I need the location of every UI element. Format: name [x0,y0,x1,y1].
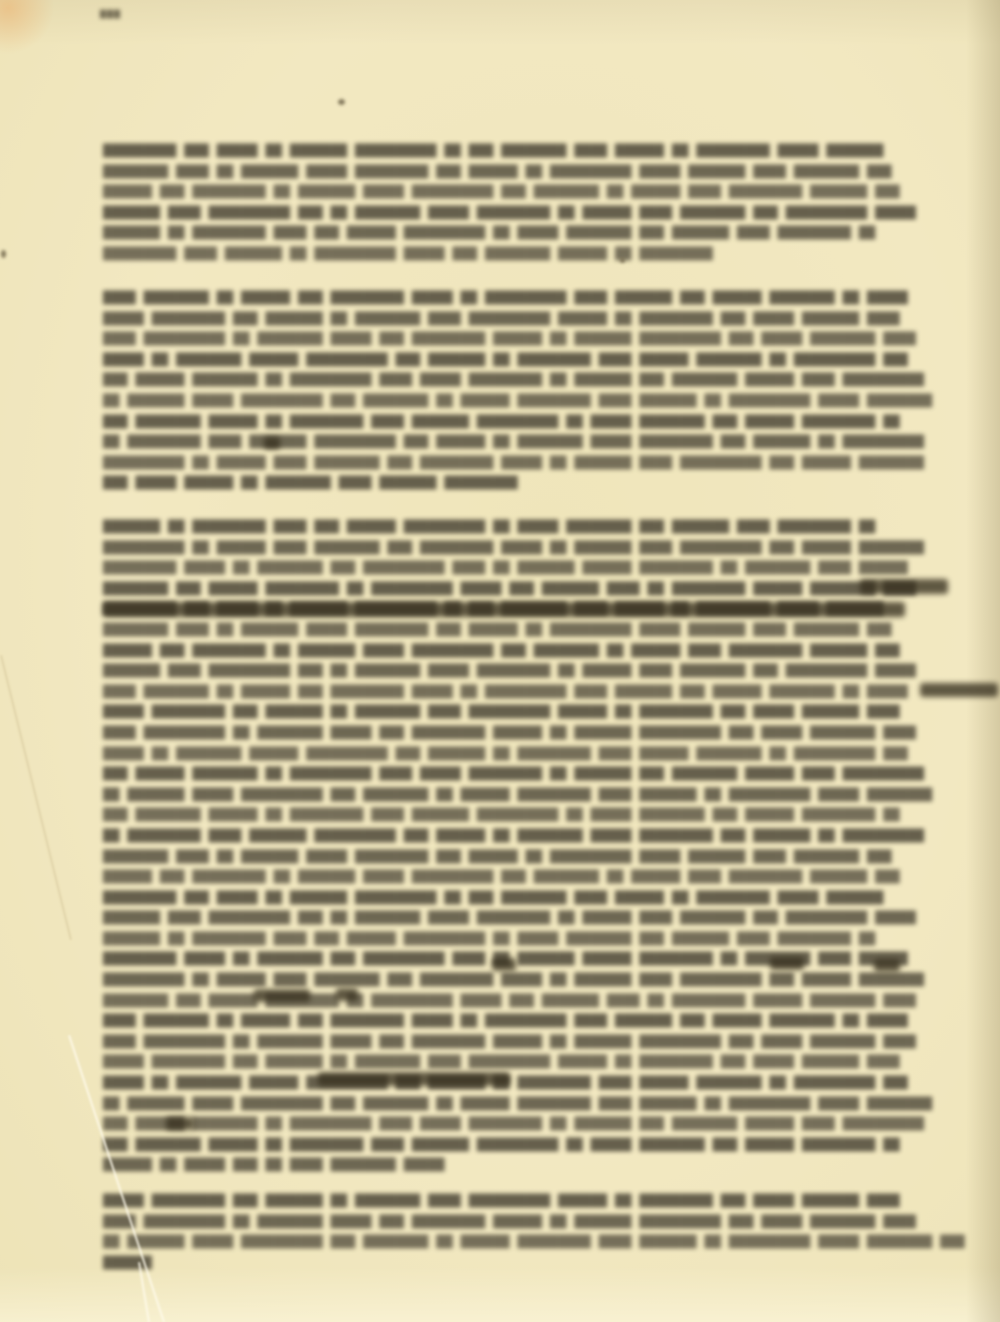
text-line: ▇▇▇ ▇▇▇▇▇▇ ▇▇▇▇▇▇▇▇ ▇▇ ▇▇▇▇▇▇▇▇▇▇ ▇▇▇▇ ▇… [103,1113,932,1134]
text-line: ▇▇▇▇▇▇▇ ▇▇ ▇▇▇▇▇▇▇▇▇ ▇▇▇▇ ▇▇▇ ▇▇▇▇▇▇ ▇▇▇… [103,928,932,949]
text-line: ▇▇ ▇▇▇▇▇▇▇ ▇▇▇▇▇ ▇▇▇▇▇▇▇▇▇▇ ▇▇▇ ▇▇▇▇▇▇▇▇… [103,784,932,805]
text-line: ▇▇▇▇▇ ▇▇▇▇▇▇▇▇▇ ▇▇▇ ▇▇▇▇▇▇▇ ▇▇ ▇▇▇▇▇▇▇▇ … [103,701,932,722]
text-line: ▇▇▇▇▇▇▇▇▇ ▇▇▇▇▇ ▇▇ ▇▇▇▇▇▇▇▇ ▇▇▇ ▇▇▇▇▇▇▇▇… [103,557,932,578]
text-line: ▇▇▇▇ ▇▇▇▇▇▇▇▇ ▇▇ ▇▇▇▇▇▇ ▇▇▇ ▇▇▇▇▇▇▇▇▇ ▇▇… [103,681,932,702]
text-line: ▇▇▇▇▇▇▇▇ ▇▇▇▇ ▇▇ ▇▇▇▇▇▇▇ ▇▇▇▇▇ ▇▇▇▇▇▇▇▇▇… [103,846,932,867]
text-line: ▇▇▇▇▇▇▇ ▇▇ ▇▇▇▇▇▇▇▇▇ ▇▇▇▇ ▇▇▇ ▇▇▇▇▇▇ ▇▇▇… [103,222,916,243]
text-line: ▇▇▇▇▇▇▇▇▇ ▇▇▇▇ ▇▇▇▇▇▇▇ ▇▇ ▇▇▇▇▇▇▇▇▇▇ ▇▇▇… [103,243,916,264]
overstruck-ink-mark [103,602,905,617]
text-line: ▇▇▇▇▇▇▇▇▇ ▇▇▇ ▇▇▇▇▇ ▇▇ ▇▇▇▇▇▇▇ ▇▇▇▇▇▇▇▇▇… [103,887,932,908]
ink-speck [620,258,625,263]
text-line: ▇▇▇▇▇ ▇▇▇▇▇▇▇▇▇ ▇▇▇ ▇▇▇▇▇▇▇ ▇▇ ▇▇▇▇▇▇▇▇ … [103,1051,932,1072]
text-line: ▇▇▇▇ ▇▇▇▇▇▇▇▇ ▇▇ ▇▇▇▇▇▇ ▇▇▇ ▇▇▇▇▇▇▇▇▇ ▇▇… [103,287,932,308]
text-line: ▇▇ ▇▇▇▇▇▇▇▇▇ ▇▇▇▇ ▇▇▇▇▇▇▇ ▇▇▇▇▇▇▇▇▇▇ ▇▇▇… [103,431,932,452]
text-line: ▇▇▇▇▇▇▇▇▇ ▇▇▇ ▇▇▇▇▇ ▇▇ ▇▇▇▇▇▇▇ ▇▇▇▇▇▇▇▇▇… [103,140,916,161]
text-line: ▇▇▇▇▇▇ ▇▇▇ ▇▇▇▇▇▇▇▇▇ ▇▇ ▇▇▇▇▇▇▇ ▇▇▇▇▇ ▇▇… [103,181,916,202]
overstruck-ink-mark [874,959,900,972]
text-line: ▇▇ ▇▇▇▇▇▇▇ ▇▇▇▇▇ ▇▇▇▇▇▇▇▇▇▇ ▇▇▇ ▇▇▇▇▇▇▇▇… [103,1231,965,1252]
text-line: ▇▇▇▇▇▇ [103,1252,965,1273]
text-line: ▇▇▇▇▇▇ ▇▇▇ ▇▇▇▇▇▇▇▇▇ ▇▇ ▇▇▇▇▇▇▇ ▇▇▇▇▇ ▇▇… [103,866,932,887]
text-line: ▇▇▇▇▇▇▇▇▇ ▇▇▇▇▇ ▇▇ ▇▇▇▇▇▇▇▇ ▇▇▇ ▇▇▇▇▇▇▇▇… [103,948,932,969]
text-line: ▇▇▇▇▇ ▇▇ ▇▇▇▇▇▇▇▇ ▇▇▇▇▇▇ ▇▇▇▇▇▇▇▇▇▇ ▇▇▇ … [103,743,932,764]
text-line: ▇▇ ▇▇▇▇▇▇▇▇▇ ▇▇▇▇ ▇▇▇▇▇▇▇ ▇▇▇▇▇▇▇▇▇▇ ▇▇▇… [103,825,932,846]
text-line: ▇▇▇ ▇▇▇▇▇▇▇▇ ▇▇▇▇▇▇ ▇▇ ▇▇▇▇▇▇▇▇▇ ▇▇▇▇ ▇▇… [103,411,932,432]
text-line: ▇▇▇ ▇▇▇▇▇▇▇▇ ▇▇▇▇▇▇ ▇▇ ▇▇▇▇▇▇▇▇▇ ▇▇▇▇ ▇▇… [103,804,932,825]
paragraph-4: ▇▇▇▇▇ ▇▇▇▇▇▇▇▇▇ ▇▇▇ ▇▇▇▇▇▇▇ ▇▇ ▇▇▇▇▇▇▇▇ … [103,1190,965,1272]
text-line: ▇▇▇▇ ▇▇▇▇▇▇▇▇▇▇ ▇▇ ▇▇▇▇▇▇▇▇ ▇▇▇▇▇ ▇▇▇ ▇▇… [103,1211,965,1232]
overstruck-ink-mark [920,683,998,697]
overstruck-ink-mark [336,988,358,1001]
text-line: ▇▇▇▇▇▇▇▇▇▇ ▇▇ ▇▇▇▇▇▇ ▇▇▇▇ ▇▇▇▇▇▇▇▇ ▇▇▇ ▇… [103,969,932,990]
text-line: ▇▇▇ ▇▇▇▇▇ ▇▇▇▇▇▇ ▇▇ ▇▇▇▇▇▇▇▇ ▇▇▇▇ ▇▇▇▇▇▇… [103,472,932,493]
overstruck-ink-mark [166,1117,194,1130]
text-line: ▇▇▇ ▇▇▇▇▇▇ ▇▇▇▇▇▇▇▇ ▇▇ ▇▇▇▇▇▇▇▇▇▇ ▇▇▇▇ ▇… [103,763,932,784]
paper-crease [0,655,72,940]
text-line: ▇▇▇ ▇▇▇▇▇▇ ▇▇▇▇▇▇▇▇ ▇▇ ▇▇▇▇▇▇▇▇▇▇ ▇▇▇▇ ▇… [103,369,932,390]
text-line: ▇▇▇▇▇▇▇ ▇▇▇▇ ▇▇▇▇▇▇▇▇▇▇ ▇▇▇ ▇▇ ▇▇▇▇▇▇▇▇ … [103,202,916,223]
text-line: ▇▇▇▇▇▇ ▇▇ ▇▇▇▇▇ ▇▇▇ ▇▇ ▇▇▇▇ ▇▇▇▇▇▇▇▇ ▇▇▇… [103,1154,932,1175]
text-line: ▇▇ ▇▇▇▇▇▇▇ ▇▇▇▇▇ ▇▇▇▇▇▇▇▇▇▇ ▇▇▇ ▇▇▇▇▇▇▇▇… [103,1093,932,1114]
text-line: ▇▇▇▇▇ ▇▇▇▇▇▇▇▇▇ ▇▇▇ ▇▇▇▇▇▇▇ ▇▇ ▇▇▇▇▇▇▇▇ … [103,1190,965,1211]
paragraph-2: ▇▇▇▇ ▇▇▇▇▇▇▇▇ ▇▇ ▇▇▇▇▇▇ ▇▇▇ ▇▇▇▇▇▇▇▇▇ ▇▇… [103,287,932,493]
page-number-blob: ▆▆▆ [100,8,121,19]
scanned-document-page: ▆▆▆ ▇▇▇▇▇▇▇▇▇ ▇▇▇ ▇▇▇▇▇ ▇▇ ▇▇▇▇▇▇▇ ▇▇▇▇▇… [0,0,1000,1322]
text-line: ▇▇▇▇▇▇▇▇ ▇▇▇ ▇▇▇▇▇▇ ▇▇▇▇▇▇▇▇▇ ▇▇ ▇▇▇▇▇▇▇… [103,990,932,1011]
overstruck-ink-mark [770,957,804,970]
text-line: ▇▇▇▇▇▇▇ ▇▇ ▇▇▇▇▇▇▇▇▇ ▇▇▇▇ ▇▇▇ ▇▇▇▇▇▇ ▇▇▇… [103,516,932,537]
text-line: ▇▇▇▇▇▇▇▇ ▇▇▇▇ ▇▇ ▇▇▇▇▇▇▇ ▇▇▇▇▇ ▇▇▇▇▇▇▇▇▇… [103,619,932,640]
text-line: ▇▇▇▇▇ ▇▇ ▇▇▇▇▇▇▇▇ ▇▇▇▇▇▇ ▇▇▇▇▇▇▇▇▇▇ ▇▇▇ … [103,349,932,370]
text-line: ▇▇▇▇▇▇▇ ▇▇▇▇ ▇▇▇▇▇▇▇▇▇▇ ▇▇▇ ▇▇ ▇▇▇▇▇▇▇▇ … [103,907,932,928]
text-line: ▇▇▇▇ ▇▇▇▇▇▇▇▇ ▇▇ ▇▇▇▇▇▇ ▇▇▇ ▇▇▇▇▇▇▇▇▇ ▇▇… [103,1010,932,1031]
text-line: ▇▇▇▇ ▇▇▇▇▇▇▇▇▇▇ ▇▇ ▇▇▇▇▇▇▇▇ ▇▇▇▇▇ ▇▇▇ ▇▇… [103,1031,932,1052]
text-line: ▇▇▇▇▇▇▇▇▇▇ ▇▇ ▇▇▇▇▇▇ ▇▇▇▇ ▇▇▇▇▇▇▇▇ ▇▇▇ ▇… [103,537,932,558]
text-line: ▇▇▇▇▇▇ ▇▇▇ ▇▇▇▇▇▇▇▇▇ ▇▇ ▇▇▇▇▇▇▇ ▇▇▇▇▇ ▇▇… [103,640,932,661]
text-line: ▇▇▇▇▇ ▇▇ ▇▇▇▇▇▇▇▇ ▇▇▇▇▇▇ ▇▇▇▇▇▇▇▇▇▇ ▇▇▇ … [103,1072,932,1093]
text-line: ▇▇▇▇ ▇▇▇▇▇▇▇▇▇▇ ▇▇ ▇▇▇▇▇▇▇▇ ▇▇▇▇▇ ▇▇▇ ▇▇… [103,328,932,349]
overstruck-ink-mark [318,1072,510,1086]
overstruck-ink-mark [860,579,948,594]
text-line: ▇▇▇▇▇ ▇▇▇▇▇▇▇▇▇ ▇▇▇ ▇▇▇▇▇▇▇ ▇▇ ▇▇▇▇▇▇▇▇ … [103,308,932,329]
text-line: ▇▇▇▇▇▇▇▇ ▇▇▇ ▇▇▇▇▇▇ ▇▇▇▇▇▇▇▇▇ ▇▇ ▇▇▇▇▇▇▇… [103,578,932,599]
text-line: ▇▇▇ ▇▇▇▇▇▇▇▇ ▇▇▇▇▇▇ ▇▇ ▇▇▇▇▇▇▇▇▇ ▇▇▇▇ ▇▇… [103,1134,932,1155]
text-line: ▇▇▇▇▇▇▇▇▇▇ ▇▇ ▇▇▇▇▇▇ ▇▇▇▇ ▇▇▇▇▇▇▇▇ ▇▇▇ ▇… [103,452,932,473]
text-line: ▇▇▇▇▇▇▇ ▇▇▇▇ ▇▇▇▇▇▇▇▇▇▇ ▇▇▇ ▇▇ ▇▇▇▇▇▇▇▇ … [103,660,932,681]
paragraph-1: ▇▇▇▇▇▇▇▇▇ ▇▇▇ ▇▇▇▇▇ ▇▇ ▇▇▇▇▇▇▇ ▇▇▇▇▇▇▇▇▇… [103,140,916,264]
ink-speck [338,99,345,105]
overstruck-ink-mark [492,958,516,971]
ink-speck [1,250,6,258]
text-line: ▇▇ ▇▇▇▇▇▇▇ ▇▇▇▇▇ ▇▇▇▇▇▇▇▇▇▇ ▇▇▇ ▇▇▇▇▇▇▇▇… [103,390,932,411]
text-line: ▇▇▇▇ ▇▇▇▇▇▇▇▇▇▇ ▇▇ ▇▇▇▇▇▇▇▇ ▇▇▇▇▇ ▇▇▇ ▇▇… [103,722,932,743]
overstruck-ink-mark [264,437,280,449]
overstruck-ink-mark [254,989,310,1002]
text-line: ▇▇▇▇▇▇▇▇ ▇▇▇▇ ▇▇ ▇▇▇▇▇▇▇ ▇▇▇▇▇ ▇▇▇▇▇▇▇▇▇… [103,161,916,182]
